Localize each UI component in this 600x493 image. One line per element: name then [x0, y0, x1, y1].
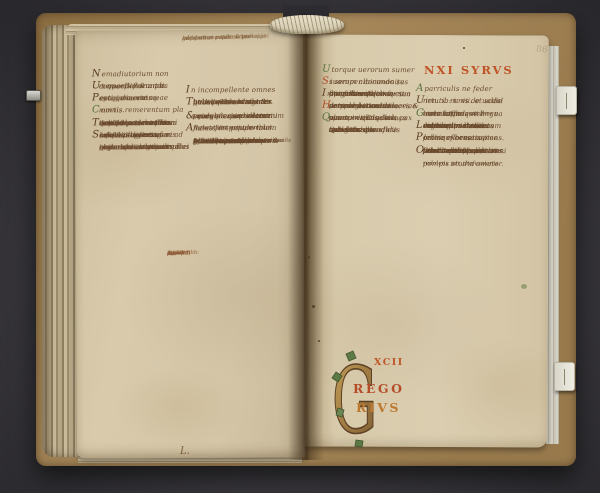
line-text: lebisq: florentissime — [424, 132, 498, 145]
manuscript-line: Histe ambitionis mores & — [322, 100, 430, 112]
line-text: unc ad partem flexus — [100, 116, 177, 129]
line-initial: S — [92, 129, 99, 140]
line-text: mperatores quaeq: sua — [327, 88, 411, 100]
line-text: parriculis ne feder — [424, 83, 492, 96]
svg-text:G: G — [332, 350, 378, 448]
line-initial: T — [186, 97, 193, 108]
rubric-heading: NXI SYRVS — [424, 63, 514, 77]
manuscript-line: Greca latinaque lingua — [416, 107, 548, 120]
manuscript-line: Si semper commonitus — [322, 76, 430, 88]
headband-icon — [270, 15, 344, 34]
line-text: omnis remerentum pla — [101, 104, 184, 117]
line-initial: A — [416, 83, 423, 94]
line-text: iste ambitionis mores & — [332, 100, 419, 112]
manuscript-line: Quantum quoq: sim pax — [322, 112, 430, 124]
ink-speck — [318, 340, 320, 342]
line-text: liquanti imperii tenuerunt — [194, 122, 272, 135]
line-text: irtutib: imis de ualde — [426, 95, 503, 108]
manuscript-line: Nemadiutorium non — [92, 68, 204, 81]
line-initial: S — [322, 76, 329, 87]
manuscript-line: Aliquanti imperii tenuerunt — [186, 122, 310, 136]
pigment-smudge — [521, 284, 527, 289]
tab-mark — [566, 93, 567, 109]
ink-speck — [308, 256, 310, 259]
line-text: pompis studia amator. — [423, 158, 504, 171]
tab-mark — [564, 369, 565, 385]
manuscript-line: Imperatores quaeq: sua — [322, 88, 430, 100]
bookmark-tab-2[interactable] — [554, 362, 575, 391]
line-text: torque uerorum sumer — [332, 64, 415, 76]
manuscript-line: Utorque uerorum sumer — [322, 64, 430, 76]
folio-mark: 86 — [535, 44, 548, 55]
line-text: n incompellente omnes — [191, 84, 275, 97]
manuscript-photo: ad kl en si posita ad selaImpositione qu… — [0, 0, 600, 493]
line-text: xpo sibiq: imperis. — [193, 135, 260, 148]
line-initial: T — [92, 117, 99, 128]
line-text: reca latinaque lingua — [425, 107, 503, 120]
manuscript-line: Linguaque intellectum — [416, 120, 548, 133]
ink-speck — [463, 47, 465, 49]
line-text: emadiutorium non — [102, 68, 169, 81]
manuscript-line: In incompellente omnes — [186, 84, 310, 97]
line-text: ostq pecunie meae — [100, 92, 168, 105]
line-text: i semper commonitus — [330, 76, 408, 88]
line-text: e usura — [167, 247, 189, 261]
manuscript-line: Plebisq: florentissime — [416, 132, 548, 145]
line-initial: L — [416, 120, 423, 131]
entry-name-line-1: REGO — [353, 381, 404, 396]
manuscript-line: Orthodoxae fidei aemulator — [416, 144, 548, 158]
line-text: quae plerisq: excrucium — [196, 109, 284, 122]
right-page-column-1: Utorque uerorum sumersuorum albicando se… — [322, 64, 430, 124]
line-initial: I — [186, 84, 190, 95]
right-page-column-2: A parriculis ne federnon. x. m. vii. et … — [416, 83, 548, 159]
line-text: inguaque intellectum — [424, 120, 502, 133]
ink-speck — [312, 305, 315, 308]
left-page-column-2: In incompellente omneshabeamus constante… — [186, 84, 310, 136]
line-text: imperatoris. populi — [99, 141, 169, 154]
manuscript-line: Uirtutib: imis de ualde — [416, 95, 548, 108]
line-text: am si duxerim s quisq: ms — [194, 96, 272, 109]
manuscript-line: A parriculis ne feder — [416, 83, 548, 96]
entry-name-line-2: RIVS — [356, 400, 401, 415]
bookmark-tab-1[interactable] — [556, 86, 577, 115]
line-initial: U — [322, 64, 331, 75]
line-initial: P — [416, 132, 423, 143]
line-initial: I — [322, 88, 326, 99]
manuscript-line: Tam si duxerim s quisq: ms — [186, 96, 310, 110]
manuscript-line: & quae plerisq: excrucium — [186, 109, 310, 122]
line-initial: P — [92, 93, 99, 104]
decorated-initial-g: G — [326, 350, 380, 448]
line-initial: N — [92, 68, 101, 79]
metal-clip-icon — [26, 90, 41, 101]
line-text: rthodoxae fidei aemulator — [425, 145, 502, 158]
line-text: t quaefier & undis — [101, 80, 168, 93]
quire-signature: L. — [180, 446, 190, 457]
line-text: tudidatis que x kl. — [329, 124, 395, 136]
line-text: i eum progressus e. ad — [100, 129, 183, 142]
line-text: uantum quoq: sim pax — [331, 112, 412, 124]
line-text: psequetur pater sicut — [182, 33, 248, 44]
